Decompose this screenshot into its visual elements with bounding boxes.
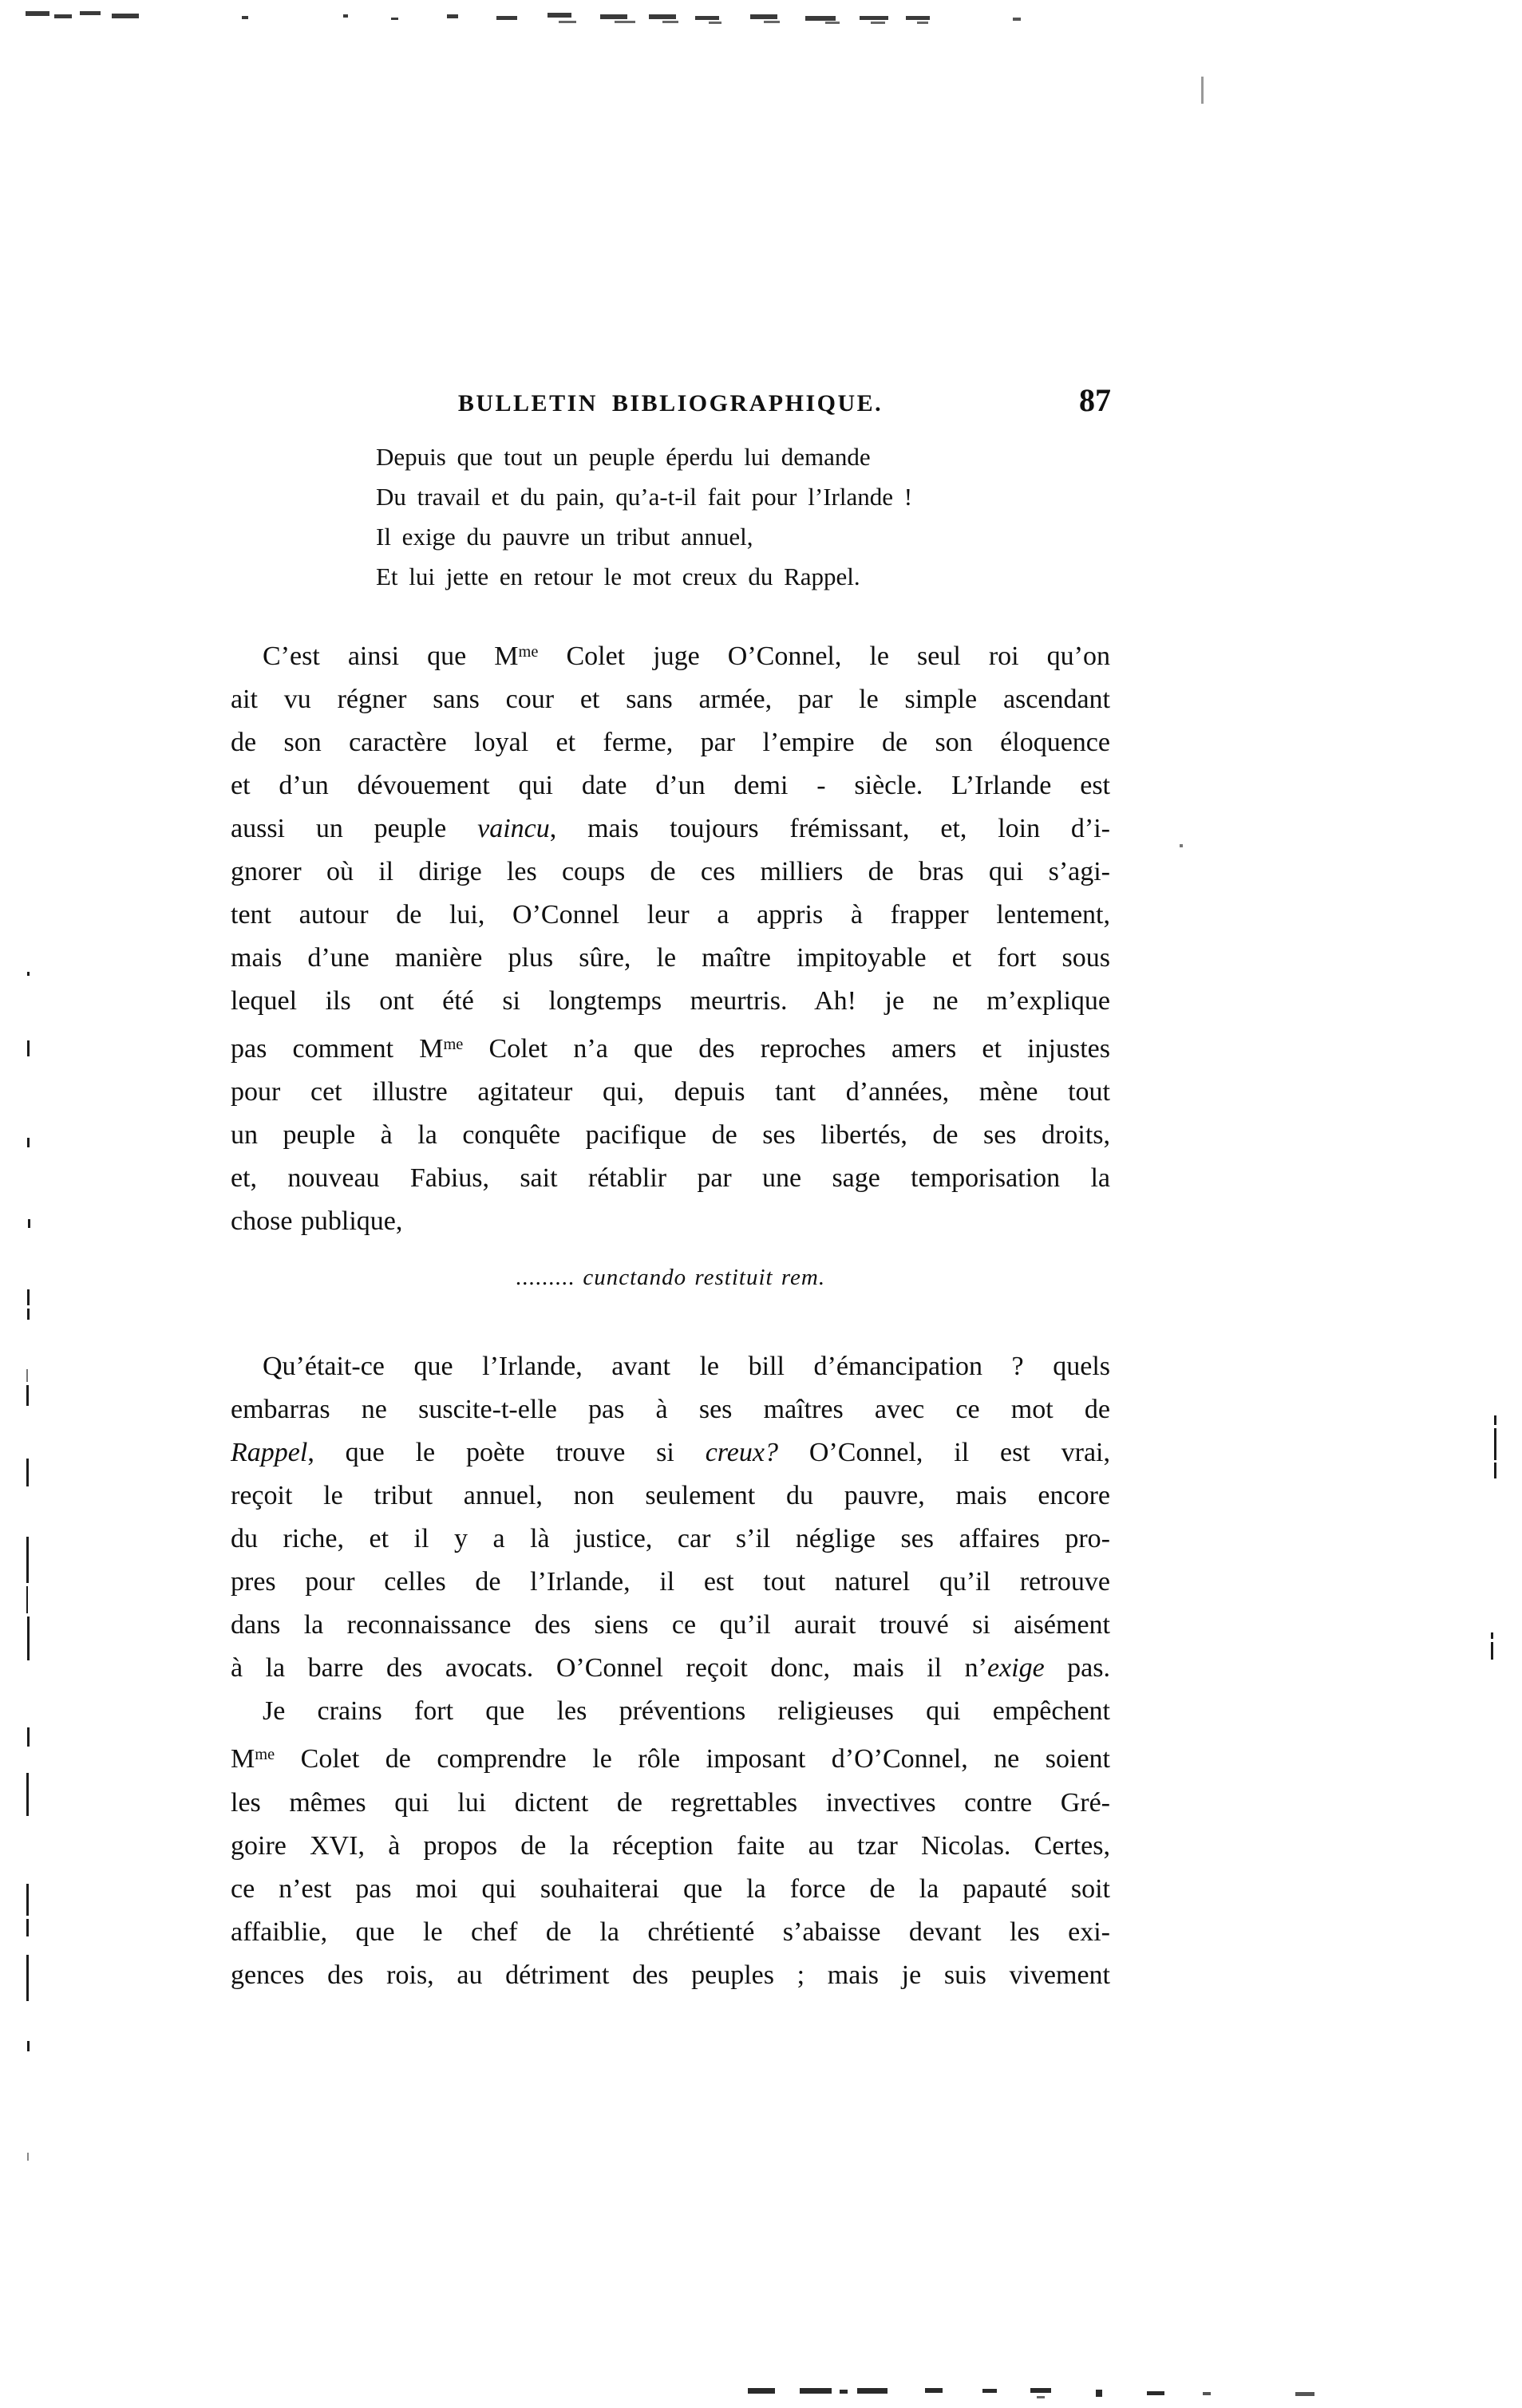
text-line: Rappel, que le poète trouve si creux? O’…	[231, 1431, 1110, 1474]
scan-artifact	[496, 16, 517, 20]
scan-artifact	[825, 22, 840, 24]
text-run: , mais toujours frémissant, et, loin d’i…	[550, 814, 1110, 843]
scan-artifact	[26, 1919, 29, 1936]
text-line: gences des rois, au détriment des peuple…	[231, 1954, 1110, 1997]
text-line: un peuple à la conquête pacifique de ses…	[231, 1114, 1110, 1157]
scan-artifact	[709, 22, 721, 24]
scan-artifact	[548, 13, 571, 18]
text-line: dans la reconnaissance des siens ce qu’i…	[231, 1604, 1110, 1647]
scan-artifact	[27, 1040, 30, 1056]
text-run: Colet juge O’Connel, le seul roi qu’on	[538, 641, 1110, 671]
text-line: goire XVI, à propos de la réception fait…	[231, 1825, 1110, 1868]
scan-artifact	[26, 1955, 29, 2001]
scan-artifact	[26, 1369, 28, 1382]
scan-artifact	[982, 2389, 997, 2393]
paragraph: Qu’était-ce que l’Irlande, avant le bill…	[231, 1345, 1110, 1690]
text-run: embarras ne suscite-t-elle pas à ses maî…	[231, 1395, 1110, 1424]
scan-artifact	[1013, 18, 1021, 21]
text-line: à la barre des avocats. O’Connel reçoit …	[231, 1647, 1110, 1690]
body-text-column: C’est ainsi que Mme Colet juge O’Connel,…	[231, 630, 1110, 1997]
text-run: et d’un dévouement qui date d’un demi - …	[231, 771, 1110, 800]
text-line: tent autour de lui, O’Connel leur a appr…	[231, 894, 1110, 937]
text-run: affaiblie, que le chef de la chrétienté …	[231, 1917, 1110, 1947]
scan-artifact	[26, 1537, 29, 1583]
text-run: mais d’une manière plus sûre, le maître …	[231, 943, 1110, 973]
scan-artifact	[1096, 2390, 1102, 2397]
text-run: pour cet illustre agitateur qui, depuis …	[231, 1077, 1110, 1107]
text-line: ce n’est pas moi qui souhaiterai que la …	[231, 1868, 1110, 1911]
text-run: à la barre des avocats. O’Connel reçoit …	[231, 1653, 987, 1683]
scan-artifact	[1491, 1632, 1493, 1639]
scan-artifact	[559, 21, 576, 23]
scan-artifact	[695, 16, 719, 20]
scan-artifact	[27, 1727, 30, 1747]
scan-artifact	[26, 1586, 28, 1613]
scan-artifact	[1494, 1463, 1496, 1478]
italic-text-run: Rappel	[231, 1438, 307, 1467]
scan-artifact	[54, 14, 72, 18]
scan-artifact	[1201, 77, 1204, 104]
scan-artifact	[600, 14, 627, 19]
italic-text-run: exige	[987, 1653, 1045, 1683]
scan-artifact	[857, 2388, 888, 2394]
text-run: ait vu régner sans cour et sans armée, p…	[231, 685, 1110, 714]
scan-artifact	[1295, 2392, 1314, 2396]
scan-artifact	[26, 1884, 29, 1916]
text-run: Colet de comprendre le rôle imposant d’O…	[275, 1745, 1110, 1774]
text-line: et d’un dévouement qui date d’un demi - …	[231, 764, 1110, 807]
scan-artifact	[840, 2390, 848, 2394]
scan-artifact	[1494, 1428, 1496, 1460]
scan-artifact	[805, 16, 836, 21]
scan-artifact	[26, 1385, 29, 1406]
text-line: reçoit le tribut annuel, non seulement d…	[231, 1474, 1110, 1518]
scan-artifact	[1494, 1415, 1496, 1425]
text-run: lequel ils ont été si longtemps meurtris…	[231, 986, 1110, 1016]
italic-text-run: cunctando restituit rem.	[583, 1265, 825, 1290]
text-run: Qu’était-ce que l’Irlande, avant le bill…	[263, 1352, 1110, 1381]
scan-artifact	[662, 21, 678, 23]
paragraph: C’est ainsi que Mme Colet juge O’Connel,…	[231, 630, 1110, 1243]
text-line: pas comment Mme Colet n’a que des reproc…	[231, 1023, 1110, 1071]
text-run: , que le poète trouve si	[307, 1438, 705, 1467]
text-run: gnorer où il dirige les coups de ces mil…	[231, 857, 1110, 886]
superscript-text-run: me	[255, 1746, 275, 1763]
scan-artifact	[242, 16, 248, 19]
scan-artifact	[1491, 1642, 1493, 1660]
text-line: ait vu régner sans cour et sans armée, p…	[231, 678, 1110, 721]
scan-artifact	[27, 972, 30, 976]
superscript-text-run: me	[518, 643, 538, 661]
text-run: C’est ainsi que M	[263, 641, 518, 671]
scan-artifact	[1030, 2388, 1051, 2393]
scan-artifact	[906, 16, 930, 20]
text-run: et, nouveau Fabius, sait rétablir par un…	[231, 1163, 1110, 1193]
text-line: Qu’était-ce que l’Irlande, avant le bill…	[231, 1345, 1110, 1388]
scan-artifact	[26, 1459, 29, 1486]
text-line: C’est ainsi que Mme Colet juge O’Connel,…	[231, 630, 1110, 678]
text-run: Je crains fort que les préventions relig…	[263, 1696, 1110, 1726]
scanned-book-page: BULLETIN BIBLIOGRAPHIQUE. 87 Depuis que …	[0, 0, 1522, 2408]
text-line: du riche, et il y a là justice, car s’il…	[231, 1518, 1110, 1561]
paragraphs-before-quote: C’est ainsi que Mme Colet juge O’Connel,…	[231, 630, 1110, 1243]
scan-artifact	[750, 14, 777, 19]
scan-artifact	[1180, 844, 1183, 847]
text-line: mais d’une manière plus sûre, le maître …	[231, 937, 1110, 980]
scan-artifact	[26, 1773, 29, 1816]
text-run: tent autour de lui, O’Connel leur a appr…	[231, 900, 1110, 930]
scan-artifact	[860, 16, 888, 20]
text-run: O’Connel, il est vrai,	[778, 1438, 1110, 1467]
text-line: chose publique,	[231, 1200, 1110, 1243]
page-header-title: BULLETIN BIBLIOGRAPHIQUE.	[231, 390, 1110, 417]
scan-artifact	[27, 1309, 30, 1320]
superscript-text-run: me	[443, 1036, 463, 1053]
scan-artifact	[1037, 2396, 1045, 2398]
italic-text-run: creux?	[706, 1438, 778, 1467]
text-run: Colet n’a que des reproches amers et inj…	[463, 1034, 1110, 1064]
scan-artifact	[343, 14, 348, 18]
text-line: embarras ne suscite-t-elle pas à ses maî…	[231, 1388, 1110, 1431]
poem-line: Depuis que tout un peuple éperdu lui dem…	[376, 437, 998, 477]
paragraph: Je crains fort que les préventions relig…	[231, 1690, 1110, 1996]
scan-artifact	[649, 14, 676, 19]
page-number: 87	[1038, 381, 1111, 419]
scan-artifact	[27, 1617, 30, 1660]
scan-artifact	[615, 21, 635, 23]
scan-artifact	[391, 18, 398, 20]
text-run: chose publique,	[231, 1206, 402, 1236]
scan-artifact	[1203, 2392, 1211, 2395]
scan-artifact	[925, 2388, 943, 2393]
text-run: du riche, et il y a là justice, car s’il…	[231, 1524, 1110, 1553]
text-run: les mêmes qui lui dictent de regrettable…	[231, 1788, 1110, 1818]
scan-artifact	[917, 22, 928, 24]
scan-artifact	[27, 2041, 30, 2051]
text-run: aussi un peuple	[231, 814, 477, 843]
scan-artifact	[800, 2388, 832, 2394]
poem-line: Il exige du pauvre un tribut annuel,	[376, 517, 998, 557]
scan-artifact	[80, 11, 101, 15]
text-run: gences des rois, au détriment des peuple…	[231, 1960, 1110, 1990]
text-line: pour cet illustre agitateur qui, depuis …	[231, 1071, 1110, 1114]
poem-line: Et lui jette en retour le mot creux du R…	[376, 557, 998, 597]
text-run: un peuple à la conquête pacifique de ses…	[231, 1120, 1110, 1150]
text-line: gnorer où il dirige les coups de ces mil…	[231, 851, 1110, 894]
text-run: goire XVI, à propos de la réception fait…	[231, 1831, 1110, 1861]
scan-artifact	[112, 14, 139, 18]
scan-artifact	[764, 21, 780, 23]
poem-excerpt: Depuis que tout un peuple éperdu lui dem…	[376, 437, 998, 597]
scan-artifact	[1147, 2391, 1164, 2395]
text-run: .........	[516, 1265, 583, 1290]
paragraphs-after-quote: Qu’était-ce que l’Irlande, avant le bill…	[231, 1345, 1110, 1996]
scan-artifact	[26, 11, 49, 16]
scan-artifact	[27, 2153, 29, 2161]
text-run: pas comment M	[231, 1034, 443, 1064]
text-line: affaiblie, que le chef de la chrétienté …	[231, 1911, 1110, 1954]
text-line: les mêmes qui lui dictent de regrettable…	[231, 1782, 1110, 1825]
text-run: M	[231, 1745, 255, 1774]
text-run: pres pour celles de l’Irlande, il est to…	[231, 1567, 1110, 1597]
scan-artifact	[28, 1219, 30, 1228]
text-run: reçoit le tribut annuel, non seulement d…	[231, 1481, 1110, 1510]
text-line: lequel ils ont été si longtemps meurtris…	[231, 980, 1110, 1023]
scan-artifact	[27, 1289, 30, 1305]
scan-artifact	[748, 2388, 775, 2394]
text-run: ce n’est pas moi qui souhaiterai que la …	[231, 1874, 1110, 1904]
text-line: aussi un peuple vaincu, mais toujours fr…	[231, 807, 1110, 851]
text-line: Je crains fort que les préventions relig…	[231, 1690, 1110, 1733]
text-line: pres pour celles de l’Irlande, il est to…	[231, 1561, 1110, 1604]
text-run: dans la reconnaissance des siens ce qu’i…	[231, 1610, 1110, 1640]
italic-text-run: vaincu	[477, 814, 550, 843]
scan-artifact	[871, 22, 885, 24]
text-run: pas.	[1045, 1653, 1110, 1683]
scan-artifact	[447, 14, 458, 18]
latin-quote-line: ......... cunctando restituit rem.	[231, 1256, 1110, 1299]
scan-artifact	[27, 1138, 30, 1147]
text-line: Mme Colet de comprendre le rôle imposant…	[231, 1733, 1110, 1781]
text-run: de son caractère loyal et ferme, par l’e…	[231, 728, 1110, 757]
text-line: et, nouveau Fabius, sait rétablir par un…	[231, 1157, 1110, 1200]
text-line: de son caractère loyal et ferme, par l’e…	[231, 721, 1110, 764]
poem-line: Du travail et du pain, qu’a-t-il fait po…	[376, 477, 998, 517]
